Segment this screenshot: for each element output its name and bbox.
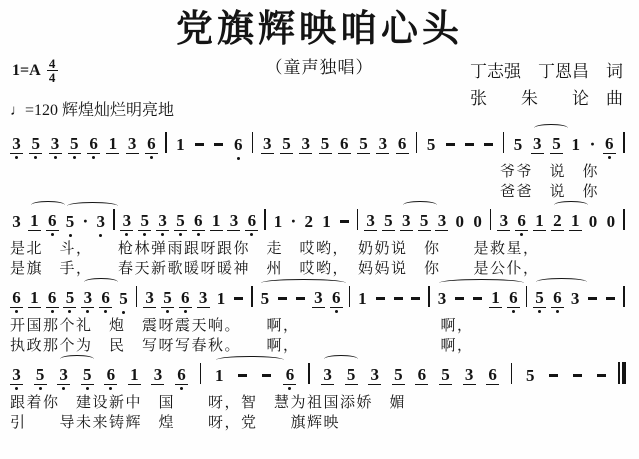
note: 3 (10, 212, 23, 231)
note: 6 (283, 365, 296, 385)
slur-arc-icon (439, 279, 524, 287)
augmentation-dot-icon: · (589, 135, 597, 154)
barline-icon (623, 132, 625, 153)
barline-icon (252, 132, 254, 153)
note: 3 (126, 134, 139, 154)
rest-note: 0 (604, 212, 617, 231)
lyrics-verse-1: 是北 斗， 枪林弹雨跟呀跟你 走 哎哟， 奶奶说 你 是救星， (0, 239, 639, 259)
note: 6 (330, 288, 343, 308)
note: 3 (436, 289, 449, 308)
tempo-marking: ♩=120 辉煌灿烂明亮地 (10, 97, 174, 120)
note: 5 (533, 288, 546, 308)
barline-icon (623, 209, 625, 230)
note: 6 (10, 288, 23, 308)
duration-dash-icon (444, 135, 457, 154)
note: 1 (214, 289, 227, 308)
note: 3 (151, 365, 164, 385)
note: 1 (489, 288, 502, 308)
note: 5 (280, 134, 293, 154)
augmentation-dot-icon: · (289, 212, 297, 231)
slur-arc-icon (554, 201, 588, 209)
note: 3 (261, 134, 274, 154)
credits: 丁志强 丁恩昌 词 张 朱 论 曲 (470, 58, 623, 112)
notes-row: 3165·3353561361·2135353003612100 (10, 205, 626, 239)
note: 1 (356, 289, 369, 308)
barline-icon (526, 286, 528, 307)
note: 6 (175, 365, 188, 385)
note: 1 (28, 211, 41, 231)
barline-icon (264, 209, 266, 230)
duration-dash-icon (338, 212, 351, 231)
slur-arc-icon (67, 202, 118, 210)
note: 5 (439, 365, 452, 385)
note: 1 (569, 211, 582, 231)
barline-icon (416, 132, 418, 153)
tempo-value: =120 (25, 102, 58, 119)
note: 3 (531, 134, 544, 154)
note: 3 (120, 211, 133, 231)
note: 5 (34, 365, 47, 385)
note: 5 (357, 134, 370, 154)
notes-row: 3535613616353565365 (10, 359, 626, 393)
note: 3 (10, 365, 23, 385)
slur-arc-icon (534, 124, 568, 132)
note: 3 (81, 288, 94, 308)
barline-icon (357, 209, 359, 230)
expression-text: 辉煌灿烂明亮地 (62, 102, 174, 119)
note: 5 (382, 211, 395, 231)
duration-dash-icon (547, 366, 560, 385)
duration-dash-icon (409, 289, 422, 308)
composer-credit: 张 朱 论 曲 (470, 85, 623, 112)
barline-icon (623, 286, 625, 307)
slur-arc-icon (216, 356, 284, 364)
slur-arc-icon (84, 278, 118, 286)
duration-dash-icon (294, 289, 307, 308)
note: 5 (550, 134, 563, 154)
note: 6 (99, 288, 112, 308)
note: 1 (210, 211, 223, 231)
note: 6 (396, 134, 409, 154)
duration-dash-icon (236, 366, 249, 385)
score: 35356136163535653655351·6爷爷 说 你爸爸 说 你316… (0, 128, 639, 436)
duration-dash-icon (482, 135, 495, 154)
slur-arc-icon (403, 201, 437, 209)
duration-dash-icon (232, 289, 245, 308)
note: 2 (302, 212, 315, 231)
lyrics-verse-1: 爷爷 说 你 (0, 162, 639, 182)
note: 3 (321, 365, 334, 385)
system-1: 35356136163535653655351·6爷爷 说 你爸爸 说 你 (0, 128, 639, 202)
final-barline-thin (618, 362, 620, 384)
notes-row: 6165365356315361316563 (10, 282, 626, 316)
note: 1 (272, 212, 285, 231)
note: 5 (319, 134, 332, 154)
time-denominator: 4 (49, 72, 56, 83)
note: 2 (551, 211, 564, 231)
note: 3 (94, 212, 107, 231)
note: 5 (81, 365, 94, 385)
note: 1 (320, 212, 333, 231)
duration-dash-icon (276, 289, 289, 308)
note: 1 (28, 288, 41, 308)
lyrics-verse-1: 跟着你 建设新中 国 呀，智 慧为祖国添娇 媚 (0, 393, 639, 413)
lyrics-verse-2: 执政那个为 民 写呀写春秋。 啊， 啊， (0, 336, 639, 356)
note: 5 (64, 212, 77, 231)
note: 6 (192, 211, 205, 231)
note: 1 (213, 366, 226, 385)
duration-dash-icon (604, 289, 617, 308)
barline-icon (251, 286, 253, 307)
duration-dash-icon (212, 135, 225, 154)
slur-arc-icon (324, 355, 358, 363)
note: 3 (197, 288, 210, 308)
note: 5 (258, 289, 271, 308)
note: 3 (299, 134, 312, 154)
barline-icon (511, 363, 513, 384)
duration-dash-icon (586, 289, 599, 308)
barline-icon (349, 286, 351, 307)
note: 6 (245, 211, 258, 231)
note: 5 (117, 289, 130, 308)
note: 3 (435, 211, 448, 231)
note: 5 (425, 135, 438, 154)
note: 6 (603, 134, 616, 154)
note: 3 (227, 211, 240, 231)
note: 5 (161, 288, 174, 308)
final-barline-thick (622, 362, 626, 384)
note: 6 (104, 365, 117, 385)
duration-dash-icon (463, 135, 476, 154)
note: 3 (497, 211, 510, 231)
sheet-music-page: 党旗辉映咱心头 （童声独唱） 1=A 4 4 ♩=120 辉煌灿烂明亮地 丁志强… (0, 0, 639, 459)
note: 5 (511, 135, 524, 154)
quarter-note-icon: ♩ (10, 103, 25, 119)
barline-icon (428, 286, 430, 307)
note: 5 (392, 365, 405, 385)
system-2: 3165·3353561361·2135353003612100是北 斗， 枪林… (0, 205, 639, 279)
note: 3 (156, 211, 169, 231)
augmentation-dot-icon: · (81, 212, 89, 231)
note: 3 (364, 211, 377, 231)
note: 3 (143, 288, 156, 308)
note: 1 (106, 134, 119, 154)
slur-arc-icon (261, 279, 346, 287)
note: 3 (10, 134, 23, 154)
note: 5 (29, 134, 42, 154)
note: 5 (418, 211, 431, 231)
final-barline-icon (618, 362, 626, 384)
note: 6 (145, 134, 158, 154)
lyrics-verse-2: 引 导未来铸辉 煌 呀，党 旗辉映 (0, 413, 639, 433)
slur-arc-icon (536, 278, 587, 286)
note: 6 (515, 211, 528, 231)
rest-note: 0 (453, 212, 466, 231)
note: 1 (174, 135, 187, 154)
note: 3 (569, 289, 582, 308)
barline-icon (490, 209, 492, 230)
note: 1 (128, 365, 141, 385)
rest-note: 0 (471, 212, 484, 231)
note: 6 (551, 288, 564, 308)
duration-dash-icon (595, 366, 608, 385)
note: 3 (463, 365, 476, 385)
duration-dash-icon (453, 289, 466, 308)
note: 6 (232, 135, 245, 154)
lyricist-credit: 丁志强 丁恩昌 词 (470, 58, 623, 85)
key-signature: 1=A 4 4 (12, 58, 58, 83)
duration-dash-icon (374, 289, 387, 308)
note: 5 (524, 366, 537, 385)
note: 1 (569, 135, 582, 154)
note: 6 (338, 134, 351, 154)
note: 6 (507, 288, 520, 308)
note: 6 (46, 211, 59, 231)
time-signature: 4 4 (47, 58, 58, 83)
note: 3 (312, 288, 325, 308)
duration-dash-icon (392, 289, 405, 308)
note: 3 (49, 134, 62, 154)
slur-arc-icon (31, 201, 65, 209)
note: 6 (46, 288, 59, 308)
barline-icon (165, 132, 167, 153)
page-title: 党旗辉映咱心头 (0, 0, 639, 52)
note: 5 (174, 211, 187, 231)
slur-arc-icon (60, 355, 94, 363)
duration-dash-icon (571, 366, 584, 385)
lyrics-verse-2: 是旗 手， 春天新歌暖呀暖神 州 哎哟， 妈妈说 你 是公仆， (0, 259, 639, 279)
duration-dash-icon (193, 135, 206, 154)
barline-icon (503, 132, 505, 153)
note: 5 (63, 288, 76, 308)
key-label: 1=A (12, 62, 41, 80)
lyrics-verse-1: 开国那个礼 炮 震呀震天响。 啊， 啊， (0, 316, 639, 336)
note: 3 (376, 134, 389, 154)
note: 6 (179, 288, 192, 308)
duration-dash-icon (260, 366, 273, 385)
note: 6 (486, 365, 499, 385)
rest-note: 0 (587, 212, 600, 231)
notes-row: 35356136163535653655351·6 (10, 128, 626, 162)
time-numerator: 4 (49, 58, 56, 69)
note: 5 (345, 365, 358, 385)
note: 5 (138, 211, 151, 231)
system-4: 3535613616353565365跟着你 建设新中 国 呀，智 慧为祖国添娇… (0, 359, 639, 433)
note: 5 (68, 134, 81, 154)
barline-icon (308, 363, 310, 384)
barline-icon (136, 286, 138, 307)
system-3: 6165365356315361316563开国那个礼 炮 震呀震天响。 啊， … (0, 282, 639, 356)
barline-icon (113, 209, 115, 230)
note: 3 (400, 211, 413, 231)
duration-dash-icon (471, 289, 484, 308)
barline-icon (200, 363, 202, 384)
note: 1 (533, 211, 546, 231)
note: 3 (57, 365, 70, 385)
note: 3 (368, 365, 381, 385)
lyrics-verse-2: 爸爸 说 你 (0, 182, 639, 202)
note: 6 (415, 365, 428, 385)
note: 6 (87, 134, 100, 154)
